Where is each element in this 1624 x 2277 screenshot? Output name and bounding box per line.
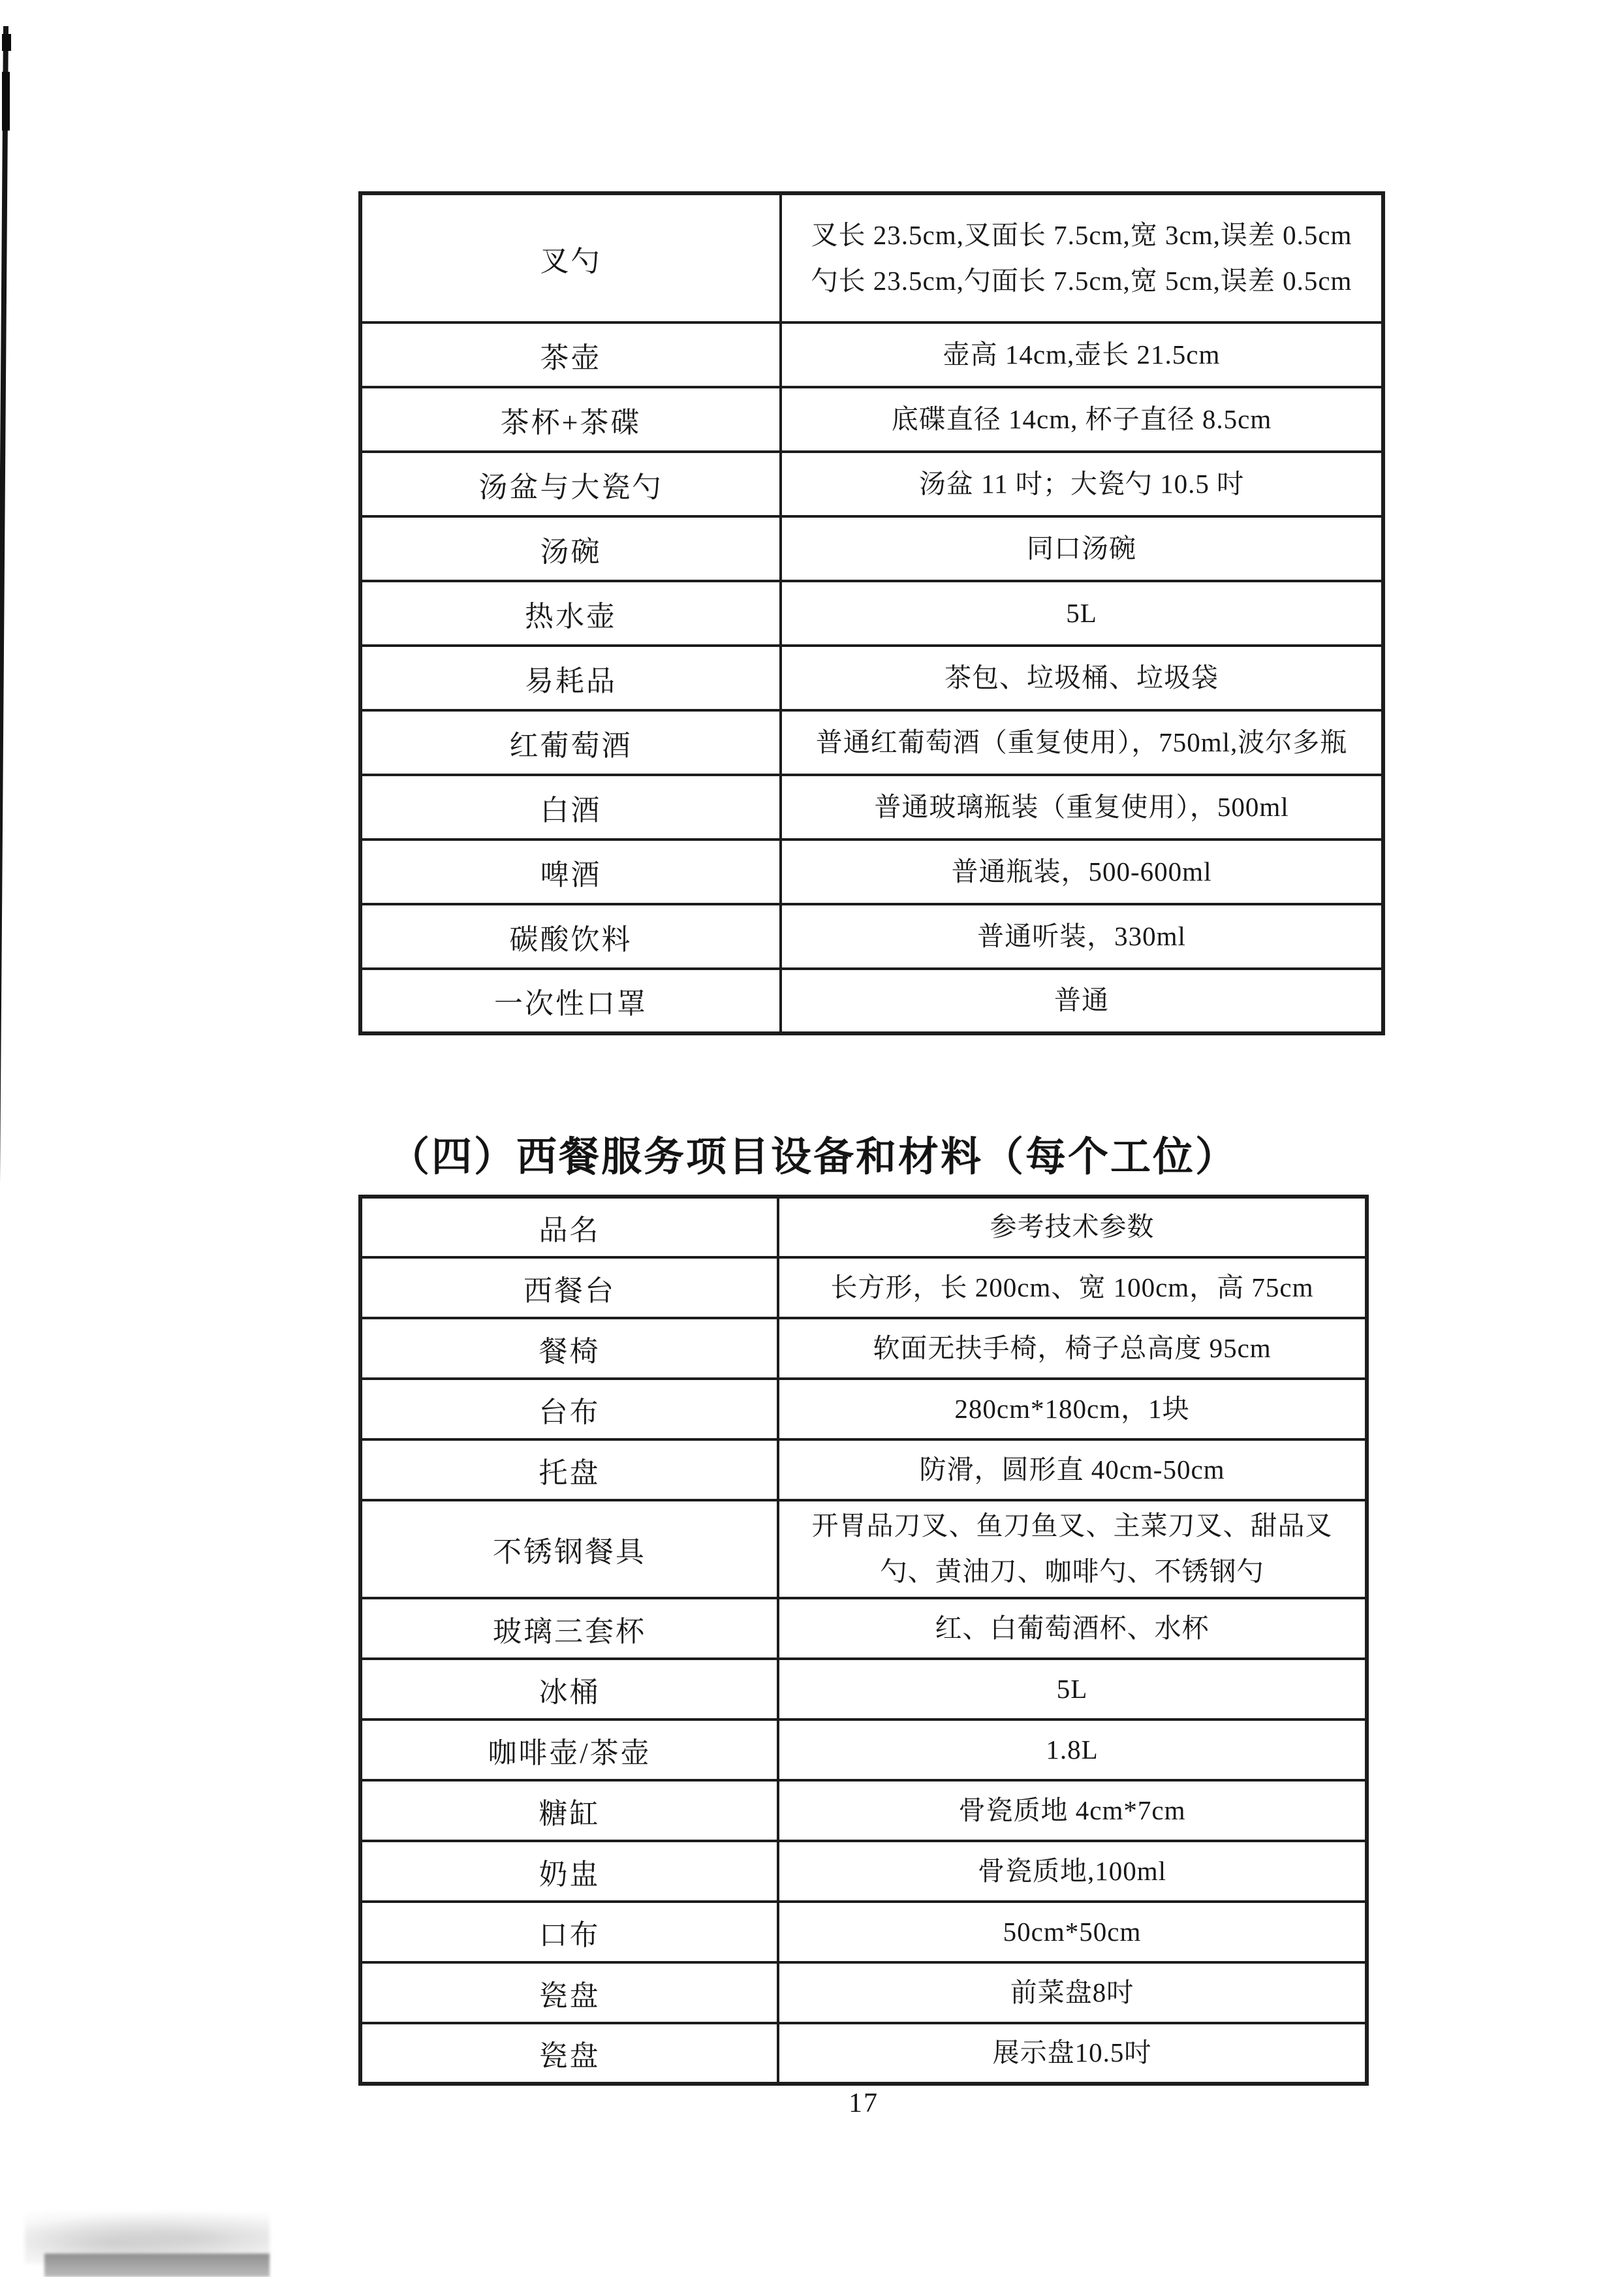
item-name-cell: 咖啡壶/茶壶 xyxy=(360,1720,778,1780)
item-name-cell: 汤碗 xyxy=(360,516,781,581)
scan-smudge-dark xyxy=(44,2253,270,2277)
item-spec-cell: 红、白葡萄酒杯、水杯 xyxy=(778,1598,1367,1659)
table-row: 热水壶 5L xyxy=(360,581,1383,646)
item-spec-cell: 普通听装，330ml xyxy=(781,904,1383,969)
item-name-cell: 奶盅 xyxy=(360,1841,778,1902)
scan-artifact-mark xyxy=(2,72,10,131)
item-spec-cell: 长方形，长 200cm、宽 100cm，高 75cm xyxy=(778,1257,1367,1318)
table-row: 红葡萄酒 普通红葡萄酒（重复使用），750ml,波尔多瓶 xyxy=(360,710,1383,775)
item-name-cell: 红葡萄酒 xyxy=(360,710,781,775)
item-spec-cell: 5L xyxy=(781,581,1383,646)
item-name-cell: 啤酒 xyxy=(360,840,781,904)
item-name-cell: 汤盆与大瓷勺 xyxy=(360,452,781,516)
item-spec-cell: 壶高 14cm,壶长 21.5cm xyxy=(781,322,1383,387)
item-name-cell: 糖缸 xyxy=(360,1780,778,1841)
table-row: 糖缸 骨瓷质地 4cm*7cm xyxy=(360,1780,1367,1841)
table-row: 一次性口罩 普通 xyxy=(360,969,1383,1033)
scan-artifact-mark xyxy=(2,34,11,51)
table-row: 易耗品 茶包、垃圾桶、垃圾袋 xyxy=(360,646,1383,710)
page-number: 17 xyxy=(358,2088,1369,2119)
item-spec-cell: 防滑，圆形直 40cm-50cm xyxy=(778,1439,1367,1500)
item-spec-cell: 普通 xyxy=(781,969,1383,1033)
table-row: 咖啡壶/茶壶 1.8L xyxy=(360,1720,1367,1780)
item-spec-cell: 叉长 23.5cm,叉面长 7.5cm,宽 3cm,误差 0.5cm 勺长 23… xyxy=(781,193,1383,322)
table-row: 茶壶 壶高 14cm,壶长 21.5cm xyxy=(360,322,1383,387)
item-spec-cell: 1.8L xyxy=(778,1720,1367,1780)
table-header-row: 品名 参考技术参数 xyxy=(360,1197,1367,1257)
scan-artifact-line xyxy=(0,26,8,2265)
item-name-cell: 餐椅 xyxy=(360,1318,778,1379)
table-row: 餐椅 软面无扶手椅，椅子总高度 95cm xyxy=(360,1318,1367,1379)
table-row: 啤酒 普通瓶装，500-600ml xyxy=(360,840,1383,904)
item-name-cell: 热水壶 xyxy=(360,581,781,646)
table-row: 汤盆与大瓷勺 汤盆 11 吋；大瓷勺 10.5 吋 xyxy=(360,452,1383,516)
item-name-cell: 冰桶 xyxy=(360,1659,778,1720)
item-spec-cell: 骨瓷质地 4cm*7cm xyxy=(778,1780,1367,1841)
scanned-document-page: 叉勺 叉长 23.5cm,叉面长 7.5cm,宽 3cm,误差 0.5cm 勺长… xyxy=(0,0,1624,2277)
item-spec-cell: 50cm*50cm xyxy=(778,1902,1367,1962)
table-row: 白酒 普通玻璃瓶装（重复使用），500ml xyxy=(360,775,1383,840)
item-spec-cell: 5L xyxy=(778,1659,1367,1720)
item-spec-cell: 骨瓷质地,100ml xyxy=(778,1841,1367,1902)
table-row: 叉勺 叉长 23.5cm,叉面长 7.5cm,宽 3cm,误差 0.5cm 勺长… xyxy=(360,193,1383,322)
item-name-cell: 茶杯+茶碟 xyxy=(360,387,781,452)
item-name-cell: 一次性口罩 xyxy=(360,969,781,1033)
table-row: 口布 50cm*50cm xyxy=(360,1902,1367,1962)
item-spec-cell: 280cm*180cm，1块 xyxy=(778,1379,1367,1439)
item-spec-cell: 汤盆 11 吋；大瓷勺 10.5 吋 xyxy=(781,452,1383,516)
table-row: 瓷盘 展示盘10.5吋 xyxy=(360,2023,1367,2084)
item-name-cell: 不锈钢餐具 xyxy=(360,1500,778,1598)
table-row: 汤碗 同口汤碗 xyxy=(360,516,1383,581)
item-name-cell: 瓷盘 xyxy=(360,2023,778,2084)
item-spec-cell: 底碟直径 14cm, 杯子直径 8.5cm xyxy=(781,387,1383,452)
table-row: 碳酸饮料 普通听装，330ml xyxy=(360,904,1383,969)
table-row: 冰桶 5L xyxy=(360,1659,1367,1720)
item-spec-cell: 软面无扶手椅，椅子总高度 95cm xyxy=(778,1318,1367,1379)
item-spec-cell: 普通瓶装，500-600ml xyxy=(781,840,1383,904)
item-name-cell: 白酒 xyxy=(360,775,781,840)
item-spec-cell: 前菜盘8吋 xyxy=(778,1962,1367,2023)
header-spec-cell: 参考技术参数 xyxy=(778,1197,1367,1257)
item-spec-cell: 同口汤碗 xyxy=(781,516,1383,581)
table-row: 台布 280cm*180cm，1块 xyxy=(360,1379,1367,1439)
item-spec-cell: 开胃品刀叉、鱼刀鱼叉、主菜刀叉、甜品叉 勺、黄油刀、咖啡勺、不锈钢勺 xyxy=(778,1500,1367,1598)
item-spec-cell: 茶包、垃圾桶、垃圾袋 xyxy=(781,646,1383,710)
item-spec-cell: 普通玻璃瓶装（重复使用），500ml xyxy=(781,775,1383,840)
item-name-cell: 托盘 xyxy=(360,1439,778,1500)
item-name-cell: 叉勺 xyxy=(360,193,781,322)
table-row: 玻璃三套杯 红、白葡萄酒杯、水杯 xyxy=(360,1598,1367,1659)
table-row: 瓷盘 前菜盘8吋 xyxy=(360,1962,1367,2023)
dinner-service-equipment-table: 叉勺 叉长 23.5cm,叉面长 7.5cm,宽 3cm,误差 0.5cm 勺长… xyxy=(358,191,1385,1035)
table-row: 不锈钢餐具 开胃品刀叉、鱼刀鱼叉、主菜刀叉、甜品叉 勺、黄油刀、咖啡勺、不锈钢勺 xyxy=(360,1500,1367,1598)
item-spec-cell: 普通红葡萄酒（重复使用），750ml,波尔多瓶 xyxy=(781,710,1383,775)
section-heading: （四）西餐服务项目设备和材料（每个工位） xyxy=(389,1124,1238,1182)
item-name-cell: 玻璃三套杯 xyxy=(360,1598,778,1659)
table-row: 奶盅 骨瓷质地,100ml xyxy=(360,1841,1367,1902)
table-row: 托盘 防滑，圆形直 40cm-50cm xyxy=(360,1439,1367,1500)
item-name-cell: 口布 xyxy=(360,1902,778,1962)
item-name-cell: 台布 xyxy=(360,1379,778,1439)
item-name-cell: 西餐台 xyxy=(360,1257,778,1318)
western-service-equipment-table: 品名 参考技术参数 西餐台 长方形，长 200cm、宽 100cm，高 75cm… xyxy=(358,1195,1369,2086)
item-name-cell: 茶壶 xyxy=(360,322,781,387)
table-row: 茶杯+茶碟 底碟直径 14cm, 杯子直径 8.5cm xyxy=(360,387,1383,452)
item-name-cell: 瓷盘 xyxy=(360,1962,778,2023)
item-name-cell: 易耗品 xyxy=(360,646,781,710)
table-row: 西餐台 长方形，长 200cm、宽 100cm，高 75cm xyxy=(360,1257,1367,1318)
item-spec-cell: 展示盘10.5吋 xyxy=(778,2023,1367,2084)
header-name-cell: 品名 xyxy=(360,1197,778,1257)
item-name-cell: 碳酸饮料 xyxy=(360,904,781,969)
